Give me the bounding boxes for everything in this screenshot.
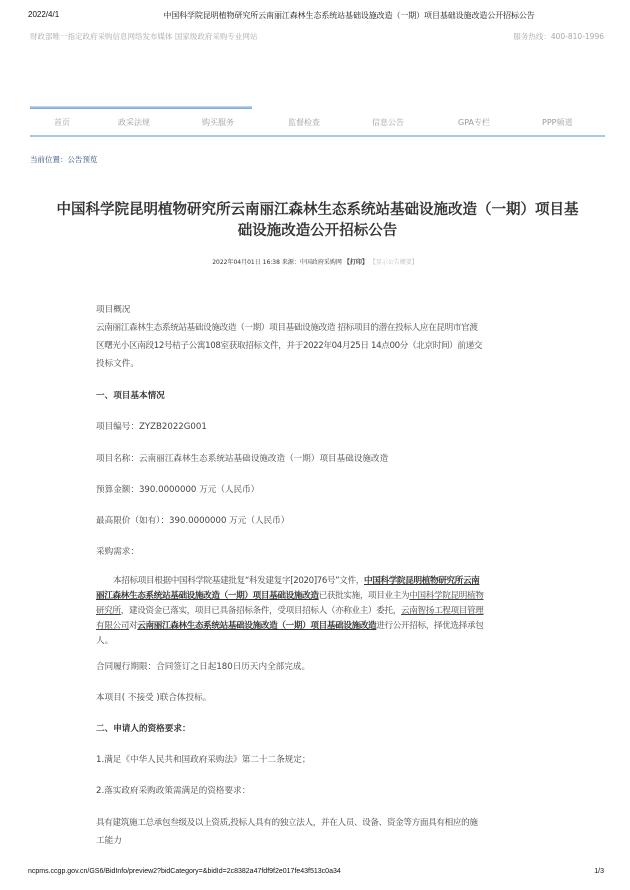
print-page-title: 中国科学院昆明植物研究所云南丽江森林生态系统站基础设施改造（一期）项目基础设施改… — [0, 10, 630, 21]
nav-item-ppp[interactable]: PPP频道 — [542, 117, 572, 128]
project-link[interactable]: 丽江森林生态系统站基础设施改造（一期）项目基础设施改造 — [96, 591, 319, 601]
project-link-2[interactable]: 云南丽江森林生态系统站基础设施改造（一期）项目基础设施改造 — [137, 621, 376, 631]
nav-item-purchase-services[interactable]: 购买服务 — [202, 117, 234, 128]
overview-line-1: 云南丽江森林生态系统站基础设施改造（一期）项目基础设施改造 招标项目的潜在投标人… — [96, 320, 512, 338]
qualification-1: 1.满足《中华人民共和国政府采购法》第二十二条规定； — [96, 752, 512, 770]
print-header: 2022/4/1 中国科学院昆明植物研究所云南丽江森林生态系统站基础设施改造（一… — [0, 10, 630, 24]
qualification-3-line-1: 具有建筑施工总承包叁级及以上资质,投标人具有的独立法人，并在人员、设备、资金等方… — [96, 815, 512, 833]
requirements-label: 采购需求： — [96, 544, 512, 562]
nav-item-gpa[interactable]: GPA专栏 — [458, 117, 490, 128]
contract-period: 合同履行期限：合同签订之日起180日历天内全部完成。 — [96, 659, 512, 677]
owner-link[interactable]: 中国科学院昆明植物研究所云南 — [364, 576, 479, 586]
article-meta: 2022年04月01日 16:38 来源：中国政府采购网 【打印】 【显示公告概… — [0, 257, 630, 266]
page-number: 1/3 — [594, 868, 604, 875]
site-slogan: 财政部唯一指定政府采购信息网络发布媒体 国家级政府采购专业网站 — [30, 31, 257, 42]
main-nav: 首页 政采法规 购买服务 监督检查 信息公告 GPA专栏 PPP频道 — [30, 109, 605, 137]
requirements-line-5: 人。 — [96, 633, 512, 651]
budget-amount: 预算金额：390.0000000 万元（人民币） — [96, 482, 512, 500]
qualification-3-line-2: 工能力 — [96, 833, 512, 851]
overview-heading: 项目概况 — [96, 302, 512, 320]
consortium-note: 本项目( 不接受 )联合体投标。 — [96, 690, 512, 708]
nav-item-announcements[interactable]: 信息公告 — [372, 117, 404, 128]
nav-item-home[interactable]: 首页 — [54, 117, 70, 128]
section-heading-basic-info: 一、项目基本情况 — [96, 388, 512, 406]
project-number: 项目编号：ZYZB2022G001 — [96, 419, 512, 437]
overview-line-3: 投标文件。 — [96, 356, 512, 374]
nav-item-supervision[interactable]: 监督检查 — [288, 117, 320, 128]
page-url: ncpms.ccgp.gov.cn/GS6/BidInfo/preview2?b… — [28, 868, 341, 875]
overview-line-2: 区曙光小区南段12号桔子公寓108室获取招标文件，并于2022年04月25日 1… — [96, 338, 512, 356]
project-name: 项目名称：云南丽江森林生态系统站基础设施改造（一期）项目基础设施改造 — [96, 451, 512, 469]
breadcrumb: 当前位置：公告预览 — [30, 154, 98, 165]
section-heading-qualifications: 二、申请人的资格要求： — [96, 721, 512, 739]
show-summary-link[interactable]: 【显示公告概要】 — [370, 259, 418, 266]
max-price: 最高限价（如有）：390.0000000 万元（人民币） — [96, 513, 512, 531]
owner-org-link[interactable]: 中国科学院昆明植物 — [409, 591, 483, 601]
owner-org-link-cont[interactable]: 研究所 — [96, 606, 121, 616]
service-hotline: 服务热线：400-810-1996 — [513, 31, 604, 42]
publish-datetime: 2022年04月01日 16:38 — [212, 259, 280, 266]
source-name: 中国政府采购网 — [300, 259, 342, 266]
agency-link[interactable]: 云南智扬工程项目管理 — [401, 606, 483, 616]
source-label: 来源： — [282, 259, 300, 266]
page-title: 中国科学院昆明植物研究所云南丽江森林生态系统站基础设施改造（一期）项目基 础设施… — [30, 200, 605, 242]
qualification-2: 2.落实政府采购政策需满足的资格要求： — [96, 783, 512, 801]
nav-item-regulations[interactable]: 政采法规 — [118, 117, 150, 128]
print-link[interactable]: 【打印】 — [344, 259, 368, 266]
agency-link-cont[interactable]: 有限公司 — [96, 621, 129, 631]
title-line-2: 础设施改造公开招标公告 — [30, 221, 605, 242]
title-line-1: 中国科学院昆明植物研究所云南丽江森林生态系统站基础设施改造（一期）项目基 — [30, 200, 605, 221]
